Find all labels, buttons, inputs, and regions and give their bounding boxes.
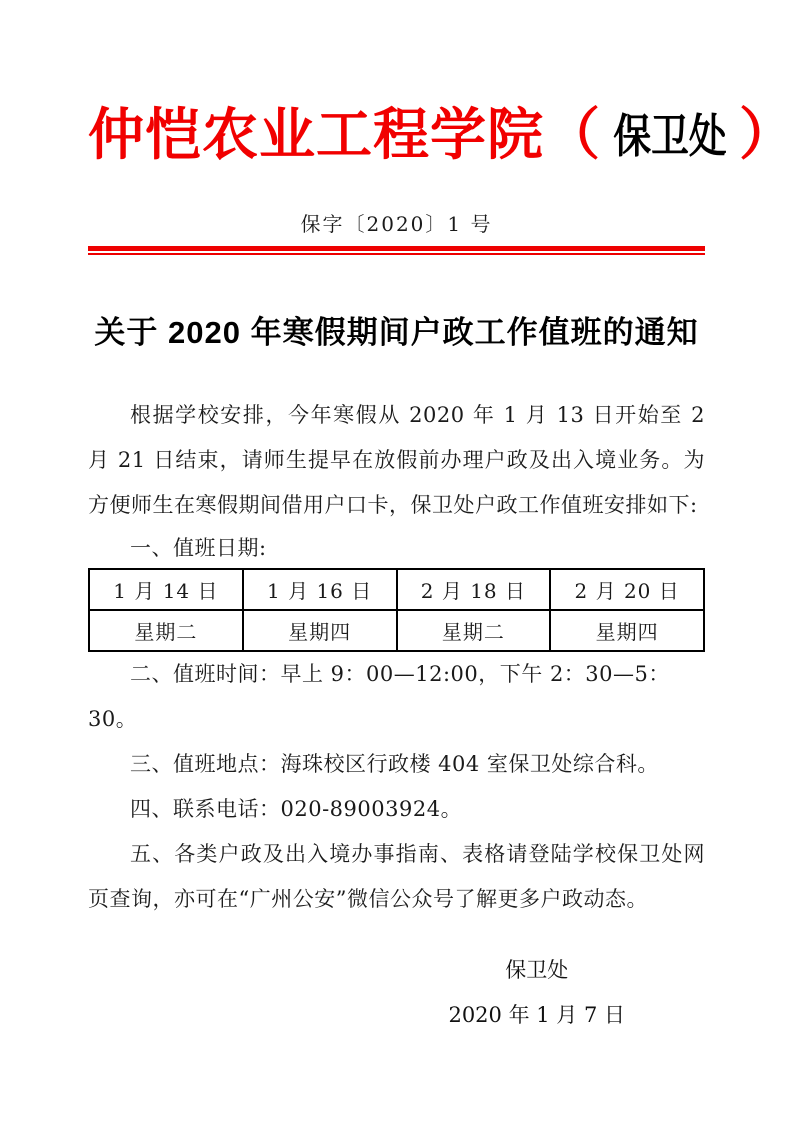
- section-4-line: 四、联系电话：020-89003924。: [88, 787, 705, 832]
- duty-schedule-table: 1 月 14 日 1 月 16 日 2 月 18 日 2 月 20 日 星期二 …: [88, 568, 705, 652]
- section-3-line: 三、值班地点：海珠校区行政楼 404 室保卫处综合科。: [88, 742, 705, 787]
- schedule-weekday-cell: 星期二: [89, 610, 243, 651]
- table-row-weekdays: 星期二 星期四 星期二 星期四: [89, 610, 704, 651]
- notice-body: 根据学校安排，今年寒假从 2020 年 1 月 13 日开始至 2 月 21 日…: [88, 393, 705, 922]
- schedule-date-cell: 2 月 18 日: [397, 569, 551, 610]
- signature-block: 保卫处 2020 年 1 月 7 日: [448, 948, 625, 1038]
- section-1-label: 一、值班日期:: [88, 528, 705, 568]
- red-divider-rule: [88, 246, 705, 255]
- document-number: 保字〔2020〕1 号: [88, 208, 705, 237]
- table-row-dates: 1 月 14 日 1 月 16 日 2 月 18 日 2 月 20 日: [89, 569, 704, 610]
- schedule-date-cell: 1 月 14 日: [89, 569, 243, 610]
- document-page: 仲恺农业工程学院（保卫处）文件 保字〔2020〕1 号 关于 2020 年寒假期…: [0, 0, 794, 1123]
- letterhead-title-suffix: ）文件: [739, 103, 794, 166]
- signature-date: 2020 年 1 月 7 日: [448, 993, 625, 1038]
- schedule-date-cell: 2 月 20 日: [550, 569, 704, 610]
- red-divider-thin-line: [88, 253, 705, 255]
- letterhead-department: 保卫处: [613, 108, 726, 166]
- letterhead-title: 仲恺农业工程学院（保卫处）文件: [88, 100, 705, 170]
- letterhead-title-prefix: 仲恺农业工程学院（: [88, 103, 601, 166]
- section-2-line: 二、值班时间：早上 9：00—12:00，下午 2：30—5：30。: [88, 652, 705, 742]
- notice-title: 关于 2020 年寒假期间户政工作值班的通知: [88, 313, 705, 353]
- section-5-paragraph: 五、各类户政及出入境办事指南、表格请登陆学校保卫处网页查询，亦可在“广州公安”微…: [88, 832, 705, 922]
- schedule-date-cell: 1 月 16 日: [243, 569, 397, 610]
- schedule-weekday-cell: 星期二: [397, 610, 551, 651]
- document-content: 仲恺农业工程学院（保卫处）文件 保字〔2020〕1 号 关于 2020 年寒假期…: [0, 100, 794, 1038]
- schedule-weekday-cell: 星期四: [243, 610, 397, 651]
- signature-department: 保卫处: [448, 948, 625, 993]
- intro-paragraph: 根据学校安排，今年寒假从 2020 年 1 月 13 日开始至 2 月 21 日…: [88, 393, 705, 528]
- schedule-weekday-cell: 星期四: [550, 610, 704, 651]
